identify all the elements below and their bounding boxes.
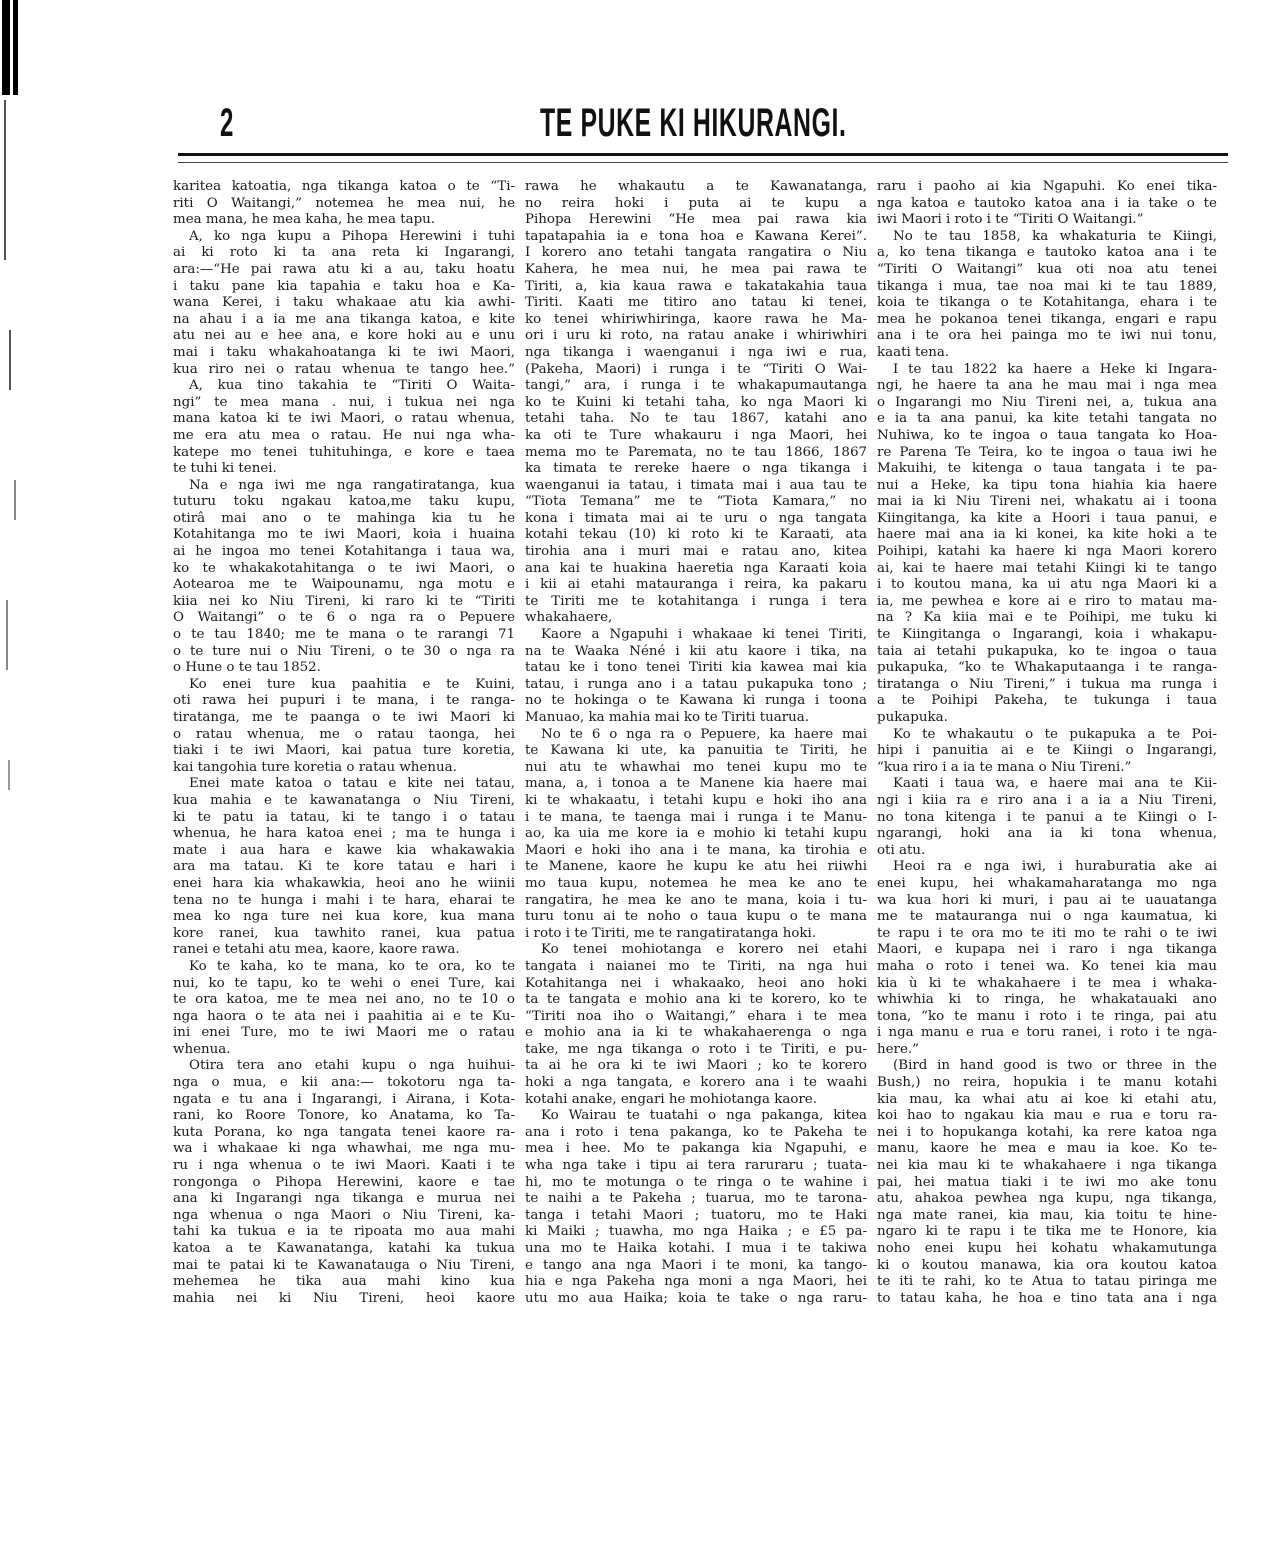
text-line: pukapuka.	[877, 710, 1217, 727]
text-line: te rapu i te ora mo te iti mo te rahi o …	[877, 926, 1217, 943]
text-line: koi hao to ngakau kia mau e rua e toru r…	[877, 1108, 1217, 1125]
text-line: enei hara kia whakawkia, heoi ano he wii…	[173, 876, 515, 893]
text-line: Nuhiwa, ko te ingoa o taua tangata ko Ho…	[877, 428, 1217, 445]
text-column-3: raru i paoho ai kia Ngapuhi. Ko enei tik…	[877, 179, 1217, 1307]
text-line: te ora katoa, me te mea nei ano, no te 1…	[173, 992, 515, 1009]
text-line: e ia ta ana panui, ka kite tetahi tangat…	[877, 411, 1217, 428]
text-line: hi, mo te motunga o te ringa o te wahine…	[525, 1175, 867, 1192]
text-line: mea ko nga ture nei kua kore, kua mana	[173, 909, 515, 926]
text-line: pai, hei matua tiaki i te iwi mo ake ton…	[877, 1175, 1217, 1192]
text-line: kuta Porana, ko nga tangata tenei kaore …	[173, 1125, 515, 1142]
text-line: ngarangi, hoki ana ia ki tona whenua,	[877, 826, 1217, 843]
text-line: taia ai tetahi pukapuka, ko te ingoa o t…	[877, 644, 1217, 661]
text-line: tangi,” ara, i runga i te whakapumautang…	[525, 378, 867, 395]
text-line: wa kua hori ki muri, i pau ai te uauatan…	[877, 893, 1217, 910]
text-line: o te tau 1840; me te mana o te rarangi 7…	[173, 627, 515, 644]
text-line: A, kua tino takahia te “Tiriti O Waita-	[173, 378, 515, 395]
scan-speckle	[8, 760, 10, 790]
text-line: tanga i tetahi Maori ; tuatoru, mo te Ha…	[525, 1208, 867, 1225]
text-line: Kaati i taua wa, e haere mai ana te Kii-	[877, 776, 1217, 793]
text-column-1: karitea katoatia, nga tikanga katoa o te…	[173, 179, 515, 1307]
text-line: tahi ka tukua e ia te ripoata mo aua mah…	[173, 1224, 515, 1241]
text-line: te naihi a te Pakeha ; tuarua, mo te tar…	[525, 1191, 867, 1208]
text-line: ta ai he ora ki te iwi Maori ; ko te kor…	[525, 1058, 867, 1075]
text-line: No te tau 1858, ka whakaturia te Kiingi,	[877, 229, 1217, 246]
page-number: 2	[220, 101, 233, 146]
text-line: nui atu te whawhai mo tenei kupu mo te	[525, 760, 867, 777]
text-line: nga tikanga i waenganui i nga iwi e rua,	[525, 345, 867, 362]
text-line: tirohia ana i muri mai e ratau ano, kite…	[525, 544, 867, 561]
text-line: ara ma tatau. Ki te kore tatau e hari i	[173, 859, 515, 876]
text-line: ngi” te mea mana . nui, i tukua nei nga	[173, 395, 515, 412]
text-line: Kaore a Ngapuhi i whakaae ki tenei Tirit…	[525, 627, 867, 644]
text-line: rongonga o Pihopa Herewini, kaore e tae	[173, 1175, 515, 1192]
text-line: mana, a, i tonoa a te Manene kia haere m…	[525, 776, 867, 793]
text-line: ki te patu ia tatau, ki te tango i o tat…	[173, 810, 515, 827]
text-line: ki Maiki ; tuawha, mo nga Haika ; e £5 p…	[525, 1224, 867, 1241]
text-line: me te matauranga nui o nga kaumatua, ki	[877, 909, 1217, 926]
text-line: rawa he whakautu a te Kawanatanga,	[525, 179, 867, 196]
text-line: ara:—“He pai rawa atu ki a au, taku hoat…	[173, 262, 515, 279]
text-line: utu mo aua Haika; koia te take o nga rar…	[525, 1291, 867, 1308]
text-line: haere mai ana ia ki konei, ka kite hoki …	[877, 527, 1217, 544]
text-line: ia, me pewhea e kore ai e riro to matau …	[877, 594, 1217, 611]
text-line: tatau, i runga ano i a tatau pukapuka to…	[525, 677, 867, 694]
text-line: ai ki roto ki ta ana reta ki Ingarangi,	[173, 245, 515, 262]
text-line: na ? Ka kiia mai e te Poihipi, me tuku k…	[877, 610, 1217, 627]
text-line: kiia nei ko Niu Tireni, ki raro ki te “T…	[173, 594, 515, 611]
text-line: ana i te ora hei painga mo te iwi nui to…	[877, 328, 1217, 345]
text-line: i kii ai etahi matauranga i reira, ka pa…	[525, 577, 867, 594]
text-line: una mo te Haika kotahi. I mua i te takiw…	[525, 1241, 867, 1258]
text-line: “Tiota Temana” me te “Tiota Kamara,” no	[525, 494, 867, 511]
text-line: hipi i panuitia ai e te Kiingi o Ingaran…	[877, 743, 1217, 760]
text-line: ranei e tetahi atu mea, kaore, kaore raw…	[173, 942, 515, 959]
scan-speckle	[4, 100, 6, 260]
text-line: tona, “ko te manu i roto i te ringa, pai…	[877, 1009, 1217, 1026]
text-line: ai he ingoa mo tenei Kotahitanga i taua …	[173, 544, 515, 561]
text-line: e tango ana nga Maori i te moni, ka tang…	[525, 1258, 867, 1275]
text-line: no tona kitenga i te panui a te Kiingi o…	[877, 810, 1217, 827]
text-line: wa i whakaae ki nga whawhai, me nga mu-	[173, 1141, 515, 1158]
text-line: koia te tikanga o te Kotahitanga, ehara …	[877, 295, 1217, 312]
text-line: tangata i naianei mo te Tiriti, na nga h…	[525, 959, 867, 976]
scan-speckle	[9, 330, 11, 390]
text-line: riti O Waitangi,” notemea he mea nui, he	[173, 196, 515, 213]
text-line: noho enei kupu hei kohatu whakamutunga	[877, 1241, 1217, 1258]
text-line: tiratanga, me te paanga o te iwi Maori k…	[173, 710, 515, 727]
text-line: no reira hoki i puta ai te kupu a	[525, 196, 867, 213]
text-line: mai ia ki Niu Tireni nei, whakatu ai i t…	[877, 494, 1217, 511]
text-line: oti atu.	[877, 843, 1217, 860]
text-line: kotahi tekau (10) ki roto ki te Karaati,…	[525, 527, 867, 544]
text-line: “Tiriti O Waitangi” kua oti noa atu tene…	[877, 262, 1217, 279]
text-line: Heoi ra e nga iwi, i huraburatia ake ai	[877, 859, 1217, 876]
text-line: maha o roto i tenei wa. Ko tenei kia mau	[877, 959, 1217, 976]
text-line: mai i taku whakahoatanga ki te iwi Maori…	[173, 345, 515, 362]
text-line: wha nga take i tipu ai tera raruraru ; t…	[525, 1158, 867, 1175]
masthead: 2 TE PUKE KI HIKURANGI.	[175, 95, 1230, 155]
text-line: tetahi taha. No te tau 1867, katahi ano	[525, 411, 867, 428]
text-line: Kotahitanga nei i whakaako, heoi ano hok…	[525, 976, 867, 993]
text-line: (Bird in hand good is two or three in th…	[877, 1058, 1217, 1075]
text-line: mea he pokanoa tenei tikanga, engari e r…	[877, 312, 1217, 329]
text-line: mea mana, he mea kaha, he mea tapu.	[173, 212, 515, 229]
text-line: Ko tenei mohiotanga e korero nei etahi	[525, 942, 867, 959]
text-line: o te ture nui o Niu Tireni, o te 30 o ng…	[173, 644, 515, 661]
text-line: o Ingarangi mo Niu Tireni nei, a, tukua …	[877, 395, 1217, 412]
scan-speckle	[14, 480, 16, 520]
text-line: Kotahitanga mo te iwi Maori, koia i huai…	[173, 527, 515, 544]
scanned-page-binding-edge	[0, 0, 28, 1552]
text-line: I te tau 1822 ka haere a Heke ki Ingara-	[877, 362, 1217, 379]
text-line: mea i hee. Mo te pakanga kia Ngapuhi, e	[525, 1141, 867, 1158]
text-line: nga haora o te ata nei i paahitia ai e t…	[173, 1009, 515, 1026]
text-line: Maori e hoki iho ana i te mana, ka tiroh…	[525, 843, 867, 860]
text-line: te tuhi ki tenei.	[173, 461, 515, 478]
text-line: nui a Heke, ka tipu tona hiahia kia haer…	[877, 478, 1217, 495]
text-line: i te mana, te taenga mai i runga i te Ma…	[525, 810, 867, 827]
text-line: ngaro ki te rapu i te tika me te Honore,…	[877, 1224, 1217, 1241]
text-line: tiaki i te iwi Maori, kai patua ture kor…	[173, 743, 515, 760]
text-line: a te Poihipi Pakeha, te tukunga i taua	[877, 693, 1217, 710]
text-line: iwi Maori i roto i te “Tiriti O Waitangi…	[877, 212, 1217, 229]
text-line: ka timata te rereke haere o nga tikanga …	[525, 461, 867, 478]
text-line: i nga manu e rua e toru ranei, i roto i …	[877, 1025, 1217, 1042]
text-line: rangatira, he mea ke ano te mana, koia i…	[525, 893, 867, 910]
text-line: te Manene, kaore he kupu ke atu hei riiw…	[525, 859, 867, 876]
text-line: atu nei au e hee ana, e kore hoki au e u…	[173, 328, 515, 345]
newspaper-title: TE PUKE KI HIKURANGI.	[540, 101, 847, 146]
text-line: kotahi anake, engari he mohiotanga kaore…	[525, 1092, 867, 1109]
text-line: Kahera, he mea nui, he mea pai rawa te	[525, 262, 867, 279]
text-line: ko te Kuini ki tetahi taha, ko nga Maori…	[525, 395, 867, 412]
text-line: Otira tera ano etahi kupu o nga huihui-	[173, 1058, 515, 1075]
text-line: ngi i kiia ra e riro ana i a ia a Niu Ti…	[877, 793, 1217, 810]
text-line: hia e nga Pakeha nga moni a nga Maori, h…	[525, 1274, 867, 1291]
text-line: otirâ mai ano o te mahinga kia tu he	[173, 511, 515, 528]
text-line: tapatapahia ia e tona hoa e Kawana Kerei…	[525, 229, 867, 246]
text-line: ori i uru ki roto, na ratau anake i whir…	[525, 328, 867, 345]
text-line: ngi, he haere ta ana he mau mai i nga me…	[877, 378, 1217, 395]
text-line: Ko enei ture kua paahitia e te Kuini,	[173, 677, 515, 694]
text-line: O Waitangi” o te 6 o nga ra o Pepuere	[173, 610, 515, 627]
text-line: (Pakeha, Maori) i runga i te “Tiriti O W…	[525, 362, 867, 379]
masthead-rule-thin	[178, 162, 1228, 163]
masthead-rule-thick	[178, 153, 1228, 156]
text-line: ki te whakaatu, i tetahi kupu e hoki iho…	[525, 793, 867, 810]
text-line: te iti te rahi, ko te Atua to tatau piri…	[877, 1274, 1217, 1291]
text-line: na te Waaka Néné i kii atu kaore i tika,…	[525, 644, 867, 661]
text-line: Enei mate katoa o tatau e kite nei tatau…	[173, 776, 515, 793]
text-line: nga mate ranei, kia mau, kia toitu te hi…	[877, 1208, 1217, 1225]
text-line: “kua riro i a ia te mana o Niu Tireni.”	[877, 760, 1217, 777]
text-line: mate i aua hara e kawe kia whakawakia	[173, 843, 515, 860]
text-line: nei i to hopukanga kotahi, ka rere katoa…	[877, 1125, 1217, 1142]
text-line: ana kai te huakina haeretia nga Karaati …	[525, 561, 867, 578]
text-line: Ko te kaha, ko te mana, ko te ora, ko te	[173, 959, 515, 976]
text-line: ai, kai te haere mai tetahi Kiingi ki te…	[877, 561, 1217, 578]
text-line: kaati tena.	[877, 345, 1217, 362]
text-line: ka oti te Ture whakauru i nga Maori, hei	[525, 428, 867, 445]
text-line: Pihopa Herewini “He mea pai rawa kia	[525, 212, 867, 229]
text-line: no te hokinga o te Kawana ki runga i too…	[525, 693, 867, 710]
text-line: tatau ke i tono tenei Tiriti kia kawea m…	[525, 660, 867, 677]
text-line: “Tiriti noa iho o Waitangi,” ehara i te …	[525, 1009, 867, 1026]
text-line: atu, ahakoa pewhea nga kupu, nga tikanga…	[877, 1191, 1217, 1208]
text-line: whenua.	[173, 1042, 515, 1059]
text-line: na ahau i a ia me ana tikanga katoa, e k…	[173, 312, 515, 329]
text-line: mehemea he tika aua mahi kino kua	[173, 1274, 515, 1291]
text-line: karitea katoatia, nga tikanga katoa o te…	[173, 179, 515, 196]
text-line: ko tenei whiriwhiringa, kaore rawa he Ma…	[525, 312, 867, 329]
text-line: turu tonu ai te noho o taua kupu o te ma…	[525, 909, 867, 926]
text-line: Kiingitanga, ka kite a Hoori i taua panu…	[877, 511, 1217, 528]
text-line: Bush,) no reira, hopukia i te manu kotah…	[877, 1075, 1217, 1092]
text-line: Manuao, ka mahia mai ko te Tiriti tuarua…	[525, 710, 867, 727]
text-line: Aotearoa me te Waipounamu, nga motu e	[173, 577, 515, 594]
text-line: tikanga i mua, tae noa mai ki te tau 188…	[877, 279, 1217, 296]
text-line: here.”	[877, 1042, 1217, 1059]
text-column-2: rawa he whakautu a te Kawanatanga,no rei…	[525, 179, 867, 1307]
text-line: ko te whakakotahitanga o te iwi Maori, o	[173, 561, 515, 578]
text-line: kona i timata mai ai te uru o nga tangat…	[525, 511, 867, 528]
text-line: kua riro nei o ratau whenua te tango hee…	[173, 362, 515, 379]
text-line: i roto i te Tiriti, me te rangatiratanga…	[525, 926, 867, 943]
text-line: ta te tangata e mohio ana ki te korero, …	[525, 992, 867, 1009]
text-line: kia ù ki te whakahaere i te mea i whaka-	[877, 976, 1217, 993]
text-line: Makuihi, te kitenga o taua tangata i te …	[877, 461, 1217, 478]
text-line: te Kiingitanga o Ingarangi, koia i whaka…	[877, 627, 1217, 644]
text-line: A, ko nga kupu a Pihopa Herewini i tuhi	[173, 229, 515, 246]
text-line: Ko Wairau te tuatahi o nga pakanga, kite…	[525, 1108, 867, 1125]
text-line: tuturu toku ngakau katoa,me taku kupu,	[173, 494, 515, 511]
text-line: i taku pane kia tapahia e taku hoa e Ka-	[173, 279, 515, 296]
text-line: o Hune o te tau 1852.	[173, 660, 515, 677]
text-line: manu, kaore he mea e mau ia koe. Ko te-	[877, 1141, 1217, 1158]
text-line: te Kawana ki ute, ka panuitia te Tiriti,…	[525, 743, 867, 760]
text-line: ru i nga whenua o te iwi Maori. Kaati i …	[173, 1158, 515, 1175]
text-line: ana i roto i tena pakanga, ko te Pakeha …	[525, 1125, 867, 1142]
text-line: I korero ano tetahi tangata rangatira o …	[525, 245, 867, 262]
text-line: pukapuka, “ko te Whakaputaanga i te rang…	[877, 660, 1217, 677]
text-line: Tiriti. Kaati me titiro ano tatau ki ten…	[525, 295, 867, 312]
text-line: kore ranei, kua tawhito ranei, kua patua	[173, 926, 515, 943]
text-line: katoa a te Kawanatanga, katahi ka tukua	[173, 1241, 515, 1258]
text-line: me era atu mea o ratau. He nui nga wha-	[173, 428, 515, 445]
text-line: o ratau whenua, me o ratau taonga, hei	[173, 727, 515, 744]
text-line: nga whenua o nga Maori o Niu Tireni, ka-	[173, 1208, 515, 1225]
text-line: whiwhia ki to ringa, he whakatauaki ano	[877, 992, 1217, 1009]
text-line: nga o mua, e kii ana:— tokotoru nga ta-	[173, 1075, 515, 1092]
text-line: ki o koutou manawa, kia ora koutou katoa	[877, 1258, 1217, 1275]
text-line: ngata e tu ana i Ingarangi, i Airana, i …	[173, 1092, 515, 1109]
text-line: Ko te whakautu o te pukapuka a te Poi-	[877, 727, 1217, 744]
text-line: kia mau, ka whai atu ai koe ki etahi atu…	[877, 1092, 1217, 1109]
text-line: ao, ka uia me kore ia e mohio ki tetahi …	[525, 826, 867, 843]
binding-shadow	[2, 0, 22, 95]
text-line: No te 6 o nga ra o Pepuere, ka haere mai	[525, 727, 867, 744]
scan-speckle	[6, 600, 8, 670]
text-line: to tatau kaha, he hoa e tino tata ana i …	[877, 1291, 1217, 1308]
text-line: e mohio ana ia ki te whakahaerenga o nga	[525, 1025, 867, 1042]
text-line: Tiriti, a, kia kaua rawa e takatakahia t…	[525, 279, 867, 296]
text-line: tena no te hunga i mahi i te hara, ehara…	[173, 893, 515, 910]
text-line: take, me nga tikanga o roto i te Tiriti,…	[525, 1042, 867, 1059]
text-line: Maori, e kupapa nei i raro i nga tikanga	[877, 942, 1217, 959]
text-line: kai tangohia ture koretia o ratau whenua…	[173, 760, 515, 777]
text-line: ini enei Ture, mo te iwi Maori me o rata…	[173, 1025, 515, 1042]
text-line: te Tiriti me te kotahitanga i runga i te…	[525, 594, 867, 611]
text-line: enei kupu, hei whakamaharatanga mo nga	[877, 876, 1217, 893]
text-line: mana katoa ki te iwi Maori, o ratau when…	[173, 411, 515, 428]
text-line: waenganui ia tatau, i timata mai i aua t…	[525, 478, 867, 495]
text-line: whenua, he hara katoa enei ; ma te hunga…	[173, 826, 515, 843]
text-line: ana ki Ingarangi nga tikanga e murua nei	[173, 1191, 515, 1208]
text-line: re Parena Te Teira, ko te ingoa o taua i…	[877, 445, 1217, 462]
text-line: rani, ko Roore Tonore, ko Anatama, ko Ta…	[173, 1108, 515, 1125]
text-line: nui, ko te tapu, ko te wehi o enei Ture,…	[173, 976, 515, 993]
text-line: Na e nga iwi me nga rangatiratanga, kua	[173, 478, 515, 495]
text-line: whakahaere,	[525, 610, 867, 627]
text-line: wana Kerei, i taku whakaae atu kia awhi-	[173, 295, 515, 312]
text-line: tiratanga o Niu Tireni,” i tukua ma rung…	[877, 677, 1217, 694]
text-line: mahia nei ki Niu Tireni, heoi kaore	[173, 1291, 515, 1308]
text-line: raru i paoho ai kia Ngapuhi. Ko enei tik…	[877, 179, 1217, 196]
text-line: mo taua kupu, notemea he mea ke ano te	[525, 876, 867, 893]
text-line: i to koutou mana, ka ui atu nga Maori ki…	[877, 577, 1217, 594]
text-line: hoki a nga tangata, e korero ana i te wa…	[525, 1075, 867, 1092]
text-line: katepe mo tenei tuhituhinga, e kore e ta…	[173, 445, 515, 462]
text-line: nei kia mau ki te whakahaere i nga tikan…	[877, 1158, 1217, 1175]
text-line: mema mo te Paremata, no te tau 1866, 186…	[525, 445, 867, 462]
text-line: Poihipi, katahi ka haere ki nga Maori ko…	[877, 544, 1217, 561]
text-line: oti rawa hei pupuri i te mana, i te rang…	[173, 693, 515, 710]
text-line: a, ko tena tikanga e tautoko katoa ana i…	[877, 245, 1217, 262]
text-line: nga katoa e tautoko katoa ana i ia take …	[877, 196, 1217, 213]
text-line: mai te patai ki te Kawanatauga o Niu Tir…	[173, 1258, 515, 1275]
text-line: kua mahia e te kawanatanga o Niu Tireni,	[173, 793, 515, 810]
